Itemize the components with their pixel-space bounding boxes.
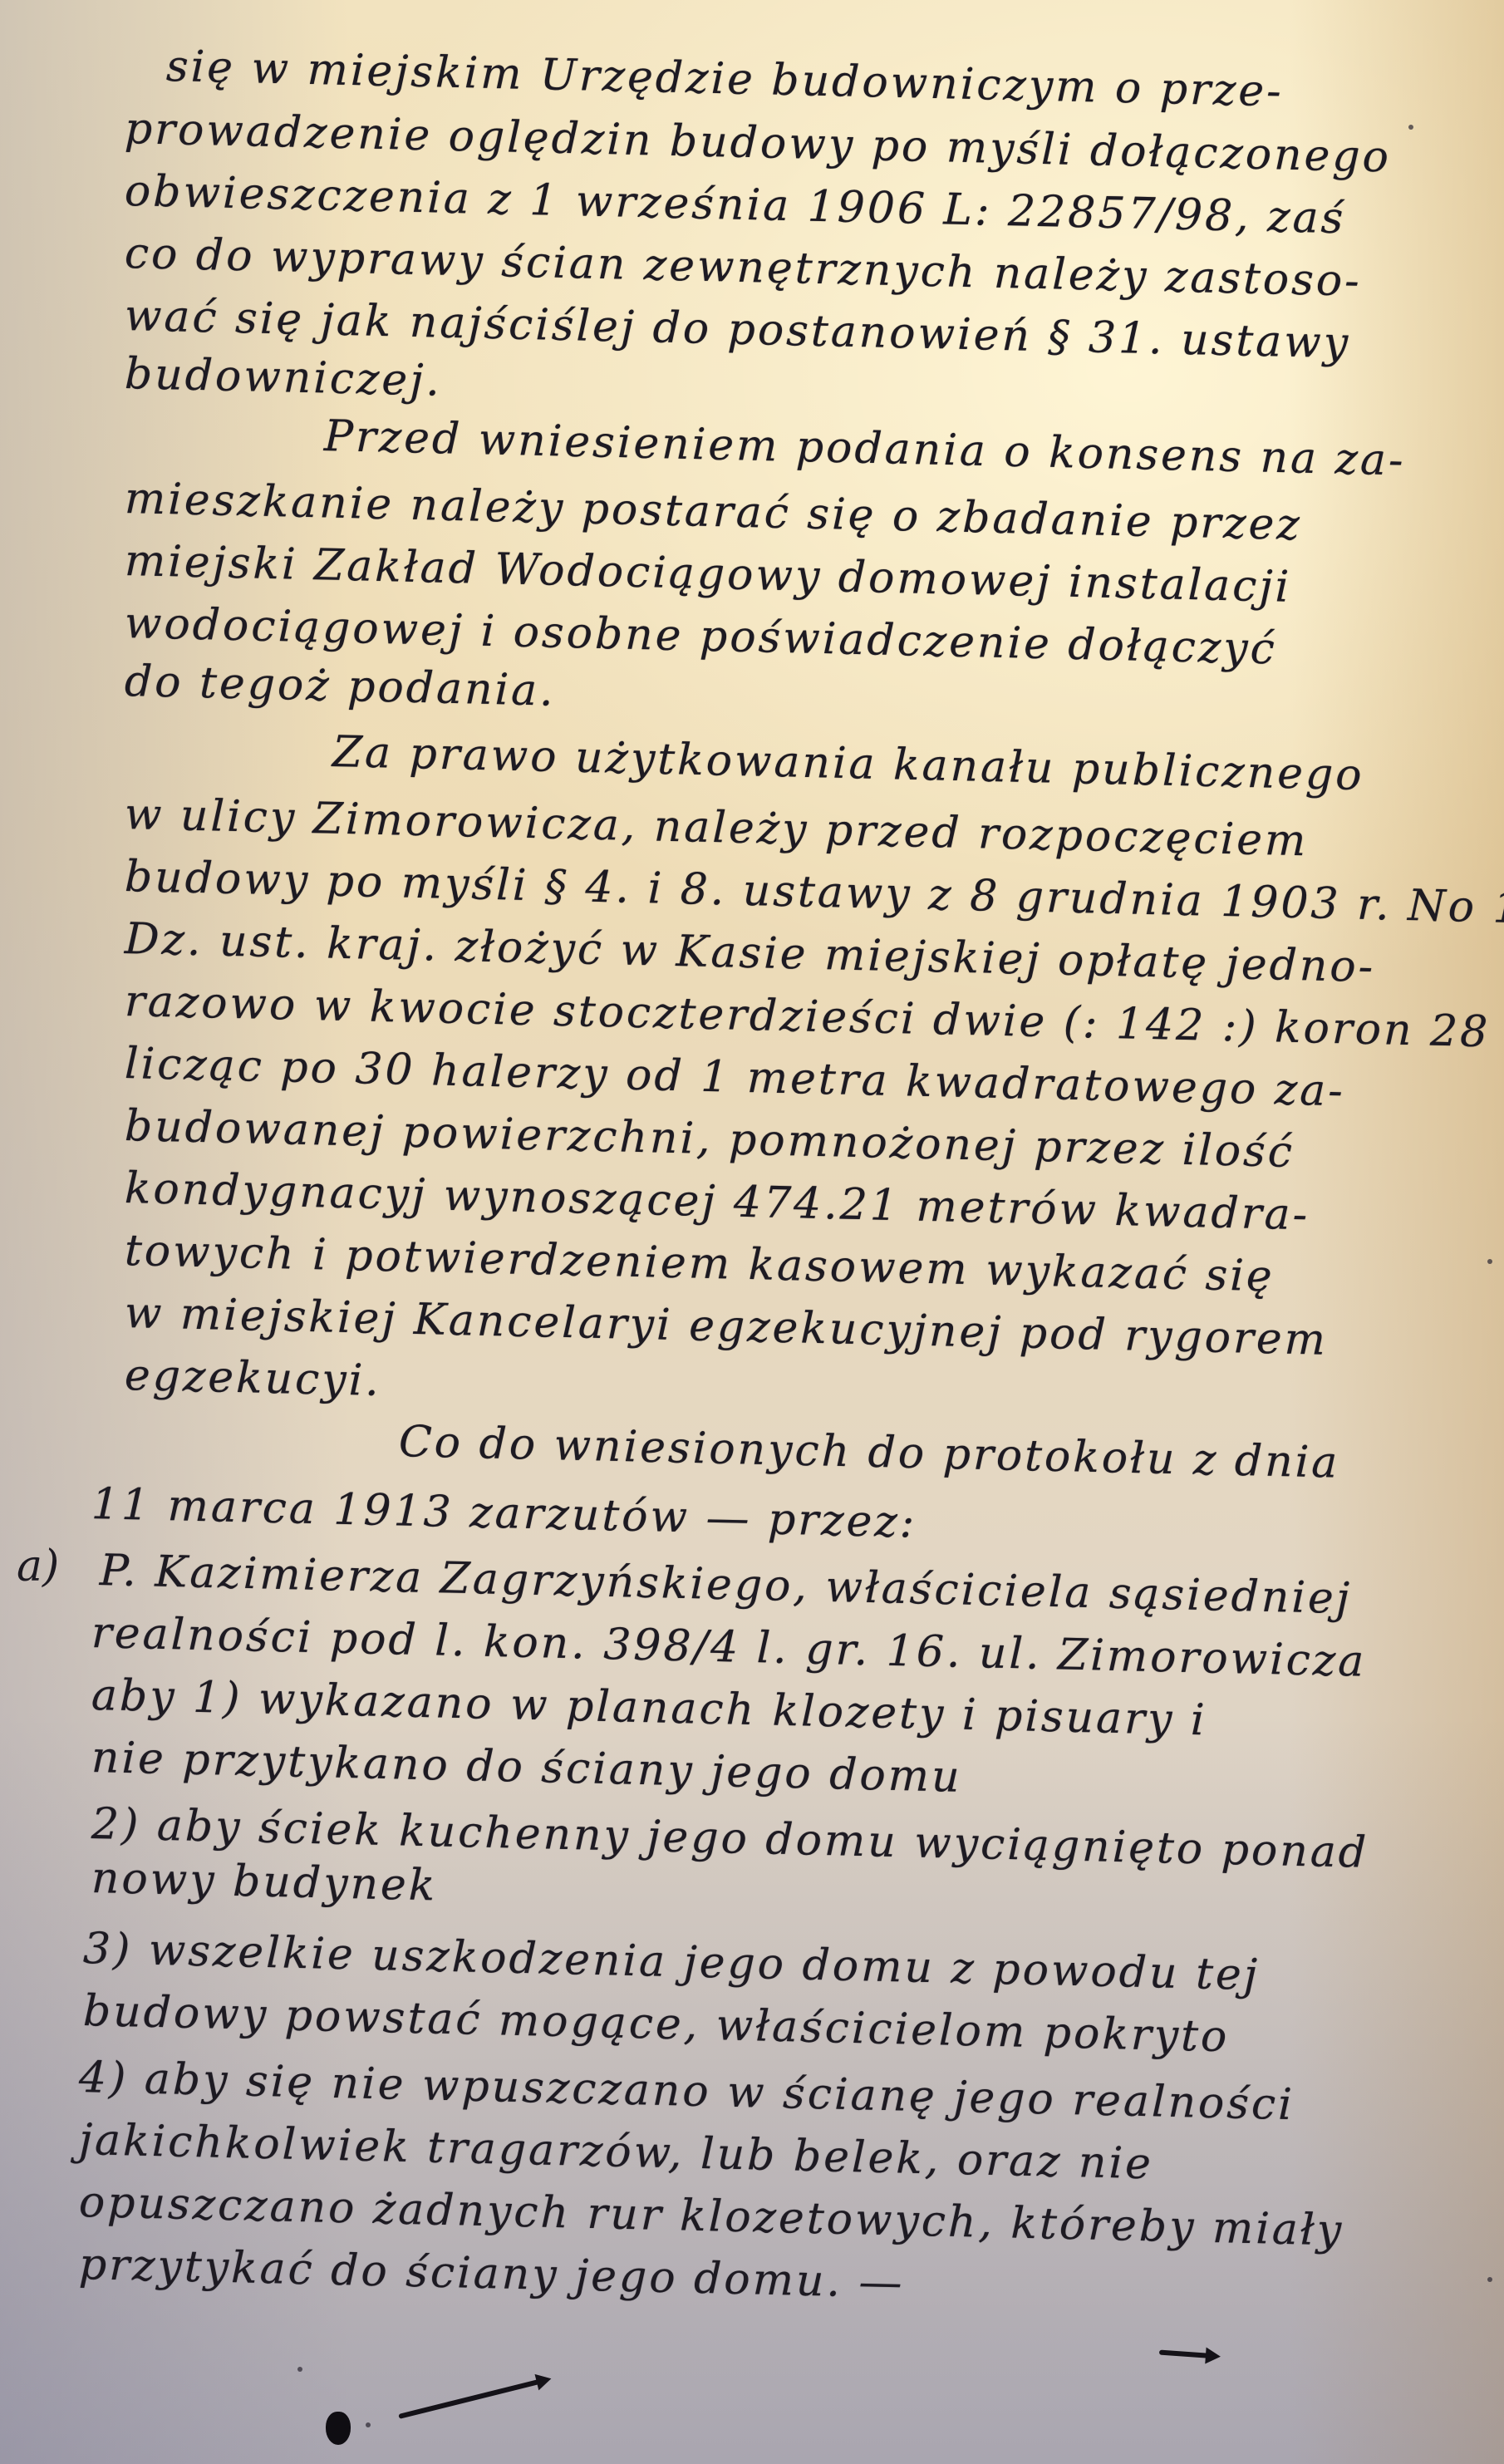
- ink-speck: [366, 2422, 371, 2427]
- text-line: Co do wniesionych do protokołu z dnia: [398, 1413, 1340, 1493]
- list-marker-a: a): [17, 1537, 59, 1596]
- ink-speck: [1487, 1259, 1492, 1264]
- ink-dash-arrow-end-of-text: [1159, 2350, 1217, 2359]
- handwritten-page: się w miejskim Urzędzie budowniczym o pr…: [0, 0, 1504, 2464]
- ink-arrow-bottom: [398, 2377, 548, 2419]
- text-line: egzekucyi.: [124, 1346, 381, 1410]
- text-line: do tegoż podania.: [124, 652, 556, 721]
- ink-speck: [1408, 125, 1413, 130]
- ink-blot: [326, 2412, 351, 2445]
- text-line: budowniczej.: [124, 345, 442, 411]
- text-line: Za prawo użytkowania kanału publicznego: [332, 723, 1364, 804]
- ink-speck: [297, 2367, 302, 2372]
- text-line: 11 marca 1913 zarzutów — przez:: [91, 1475, 917, 1552]
- text-line: nowy budynek: [91, 1849, 438, 1915]
- ink-speck: [1487, 2277, 1492, 2282]
